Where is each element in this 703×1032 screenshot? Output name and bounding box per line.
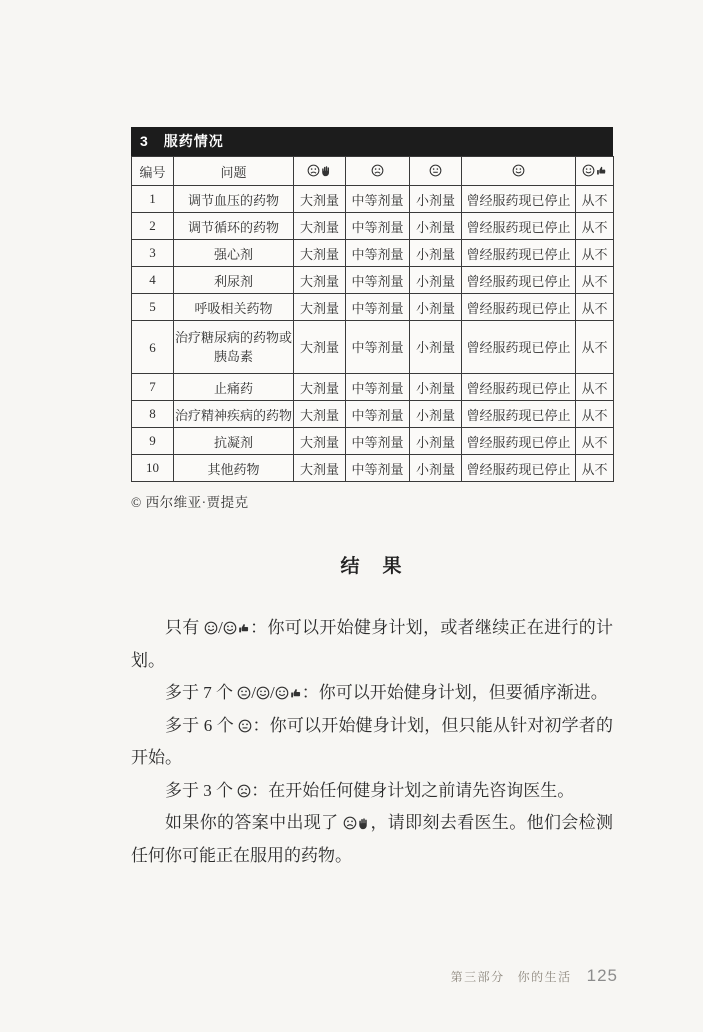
answer-cell: 中等剂量 [346,428,410,455]
sad-face-icon [237,784,251,798]
result-paragraph: 如果你的答案中出现了 ，请即刻去看医生。他们会检测任何你可能正在服用的药物。 [131,807,613,872]
answer-cell: 中等剂量 [346,186,410,213]
table-row: 7止痛药大剂量中等剂量小剂量曾经服药现已停止从不 [132,374,614,401]
question-cell: 止痛药 [174,374,294,401]
table-header-row: 编号问题 [132,157,614,186]
answer-cell: 大剂量 [294,294,346,321]
row-number-cell: 8 [132,401,174,428]
answer-cell: 从不 [576,294,614,321]
answer-cell: 曾经服药现已停止 [462,428,576,455]
answer-cell: 曾经服药现已停止 [462,455,576,482]
column-header-icon [294,157,346,186]
question-cell: 抗凝剂 [174,428,294,455]
copyright-credit: © 西尔维亚·贾提克 [131,491,613,511]
table-row: 10其他药物大剂量中等剂量小剂量曾经服药现已停止从不 [132,455,614,482]
answer-cell: 大剂量 [294,401,346,428]
answer-cell: 曾经服药现已停止 [462,240,576,267]
column-header-icon [462,157,576,186]
answer-cell: 小剂量 [410,213,462,240]
answer-cell: 大剂量 [294,428,346,455]
answer-cell: 小剂量 [410,321,462,374]
answer-cell: 从不 [576,186,614,213]
medication-questionnaire: 编号问题 1调节血压的药物大剂量中等剂量小剂量曾经服药现已停止从不2调节循环的药… [131,156,614,482]
answer-cell: 中等剂量 [346,321,410,374]
answer-cell: 曾经服药现已停止 [462,294,576,321]
answer-cell: 从不 [576,267,614,294]
smile-face-icon [204,621,218,635]
page-content: 3 服药情况 编号问题 1调节血压的药物大剂量中等剂量小剂量曾经服药现已停止从不… [131,127,613,872]
answer-cell: 从不 [576,213,614,240]
row-number-cell: 5 [132,294,174,321]
table-row: 5呼吸相关药物大剂量中等剂量小剂量曾经服药现已停止从不 [132,294,614,321]
footer-section-label: 第三部分 [451,968,505,985]
answer-cell: 从不 [576,240,614,267]
answer-cell: 曾经服药现已停止 [462,374,576,401]
row-number-cell: 4 [132,267,174,294]
row-number-cell: 9 [132,428,174,455]
result-paragraph: 多于 3 个 ：在开始任何健身计划之前请先咨询医生。 [131,775,613,808]
smile-face-icon [512,164,525,177]
answer-cell: 大剂量 [294,186,346,213]
neutral-face-icon [238,719,252,733]
answer-cell: 从不 [576,455,614,482]
answer-cell: 中等剂量 [346,240,410,267]
answer-cell: 大剂量 [294,455,346,482]
answer-cell: 从不 [576,321,614,374]
answer-cell: 中等剂量 [346,374,410,401]
answer-cell: 大剂量 [294,321,346,374]
column-header-number: 编号 [132,157,174,186]
answer-cell: 小剂量 [410,186,462,213]
result-paragraph: 只有 /：你可以开始健身计划，或者继续正在进行的计划。 [131,612,613,677]
row-number-cell: 6 [132,321,174,374]
column-header-question: 问题 [174,157,294,186]
results-text: 只有 /：你可以开始健身计划，或者继续正在进行的计划。多于 7 个 //：你可以… [131,612,613,872]
footer-chapter-label: 你的生活 [518,968,572,985]
question-cell: 强心剂 [174,240,294,267]
row-number-cell: 1 [132,186,174,213]
answer-cell: 中等剂量 [346,213,410,240]
question-cell: 调节血压的药物 [174,186,294,213]
answer-cell: 曾经服药现已停止 [462,213,576,240]
results-heading: 结 果 [131,551,613,578]
row-number-cell: 3 [132,240,174,267]
answer-cell: 大剂量 [294,267,346,294]
row-number-cell: 2 [132,213,174,240]
table-row: 3强心剂大剂量中等剂量小剂量曾经服药现已停止从不 [132,240,614,267]
column-header-icon [346,157,410,186]
question-cell: 利尿剂 [174,267,294,294]
answer-cell: 从不 [576,401,614,428]
sad-face-stop-hand-icon [343,816,370,830]
smile-face-thumb-icon [275,686,302,700]
answer-cell: 大剂量 [294,240,346,267]
answer-cell: 中等剂量 [346,401,410,428]
answer-cell: 从不 [576,374,614,401]
table-row: 4利尿剂大剂量中等剂量小剂量曾经服药现已停止从不 [132,267,614,294]
table-row: 2调节循环的药物大剂量中等剂量小剂量曾经服药现已停止从不 [132,213,614,240]
answer-cell: 小剂量 [410,294,462,321]
neutral-face-icon [237,686,251,700]
answer-cell: 曾经服药现已停止 [462,321,576,374]
table-title-bar: 3 服药情况 [131,127,613,156]
page-footer: 第三部分 你的生活 125 [451,966,618,986]
result-paragraph: 多于 6 个 ：你可以开始健身计划，但只能从针对初学者的开始。 [131,710,613,775]
table-row: 8治疗精神疾病的药物大剂量中等剂量小剂量曾经服药现已停止从不 [132,401,614,428]
answer-cell: 曾经服药现已停止 [462,267,576,294]
answer-cell: 中等剂量 [346,455,410,482]
answer-cell: 中等剂量 [346,267,410,294]
row-number-cell: 7 [132,374,174,401]
question-cell: 调节循环的药物 [174,213,294,240]
answer-cell: 曾经服药现已停止 [462,401,576,428]
answer-cell: 小剂量 [410,240,462,267]
question-cell: 治疗精神疾病的药物 [174,401,294,428]
answer-cell: 大剂量 [294,374,346,401]
column-header-icon [410,157,462,186]
answer-cell: 曾经服药现已停止 [462,186,576,213]
answer-cell: 小剂量 [410,374,462,401]
answer-cell: 小剂量 [410,401,462,428]
question-cell: 呼吸相关药物 [174,294,294,321]
answer-cell: 小剂量 [410,267,462,294]
question-cell: 治疗糖尿病的药物或胰岛素 [174,321,294,374]
answer-cell: 小剂量 [410,428,462,455]
answer-cell: 大剂量 [294,213,346,240]
row-number-cell: 10 [132,455,174,482]
result-paragraph: 多于 7 个 //：你可以开始健身计划，但要循序渐进。 [131,677,613,710]
table-row: 9抗凝剂大剂量中等剂量小剂量曾经服药现已停止从不 [132,428,614,455]
smile-face-icon [256,686,270,700]
book-page: 3 服药情况 编号问题 1调节血压的药物大剂量中等剂量小剂量曾经服药现已停止从不… [0,0,703,1032]
answer-cell: 中等剂量 [346,294,410,321]
sad-face-stop-hand-icon [307,164,332,177]
medication-table: 3 服药情况 编号问题 1调节血压的药物大剂量中等剂量小剂量曾经服药现已停止从不… [131,127,613,482]
answer-cell: 小剂量 [410,455,462,482]
table-row: 6治疗糖尿病的药物或胰岛素大剂量中等剂量小剂量曾经服药现已停止从不 [132,321,614,374]
sad-face-icon [371,164,384,177]
question-cell: 其他药物 [174,455,294,482]
column-header-icon [576,157,614,186]
table-row: 1调节血压的药物大剂量中等剂量小剂量曾经服药现已停止从不 [132,186,614,213]
smile-face-thumb-icon [223,621,250,635]
neutral-face-icon [429,164,442,177]
answer-cell: 从不 [576,428,614,455]
smile-face-thumb-icon [582,164,607,177]
page-number: 125 [587,966,618,986]
